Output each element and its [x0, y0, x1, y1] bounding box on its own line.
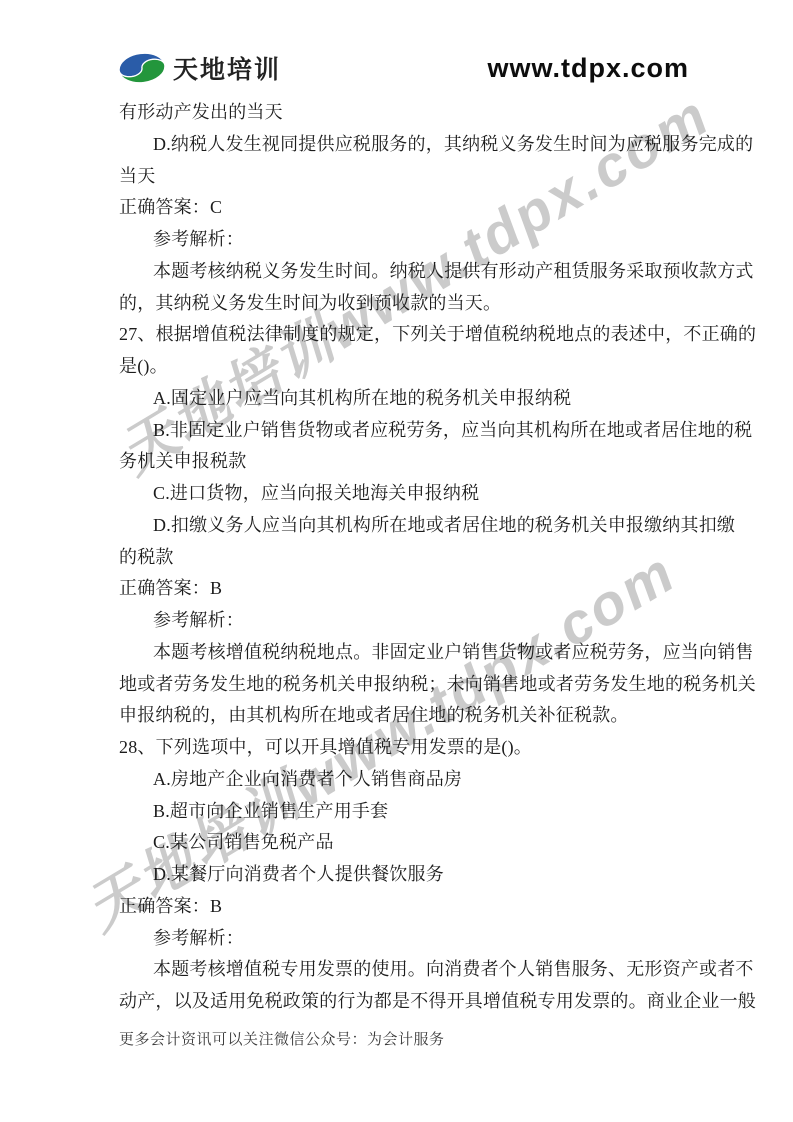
text-line: D.扣缴义务人应当向其机构所在地或者居住地的税务机关申报缴纳其扣缴 [119, 510, 759, 542]
text-line: 是()。 [119, 351, 759, 383]
text-line: C.某公司销售免税产品 [119, 827, 759, 859]
page-header: 天地培训 www.tdpx.com [0, 0, 793, 100]
text-line: 本题考核增值税纳税地点。非固定业户销售货物或者应税劳务，应当向销售 [119, 637, 759, 669]
text-line: 动产，以及适用免税政策的行为都是不得开具增值税专用发票的。商业企业一般 [119, 986, 759, 1018]
text-line: 本题考核纳税义务发生时间。纳税人提供有形动产租赁服务采取预收款方式 [119, 256, 759, 288]
text-line: 申报纳税的，由其机构所在地或者居住地的税务机关补征税款。 [119, 700, 759, 732]
text-line: 参考解析： [119, 923, 759, 955]
document-page: 天地培训www.tdpx.com 天地培训www.tdpx.com 天地培训 w… [0, 0, 793, 1122]
text-line: 当天 [119, 161, 759, 193]
text-line: D.纳税人发生视同提供应税服务的，其纳税义务发生时间为应税服务完成的 [119, 129, 759, 161]
text-line: 正确答案：C [119, 192, 759, 224]
site-url: www.tdpx.com [487, 53, 689, 84]
text-line: 参考解析： [119, 224, 759, 256]
text-line: 28、下列选项中，可以开具增值税专用发票的是()。 [119, 732, 759, 764]
text-line: 本题考核增值税专用发票的使用。向消费者个人销售服务、无形资产或者不 [119, 954, 759, 986]
logo-text: 天地培训 [173, 50, 281, 86]
text-line: 地或者劳务发生地的税务机关申报纳税；未向销售地或者劳务发生地的税务机关 [119, 669, 759, 701]
text-line: 27、根据增值税法律制度的规定，下列关于增值税纳税地点的表述中，不正确的 [119, 319, 759, 351]
text-line: A.固定业户应当向其机构所在地的税务机关申报纳税 [119, 383, 759, 415]
text-line: D.某餐厅向消费者个人提供餐饮服务 [119, 859, 759, 891]
text-line: 的，其纳税义务发生时间为收到预收款的当天。 [119, 288, 759, 320]
text-line: 的税款 [119, 542, 759, 574]
document-body: 有形动产发出的当天D.纳税人发生视同提供应税服务的，其纳税义务发生时间为应税服务… [119, 97, 759, 1018]
text-line: B.非固定业户销售货物或者应税劳务，应当向其机构所在地或者居住地的税 [119, 415, 759, 447]
page-footer-note: 更多会计资讯可以关注微信公众号：为会计服务 [119, 1028, 445, 1049]
text-line: 正确答案：B [119, 573, 759, 605]
text-line: 参考解析： [119, 605, 759, 637]
text-line: 有形动产发出的当天 [119, 97, 759, 129]
logo: 天地培训 [118, 50, 281, 86]
text-line: 务机关申报税款 [119, 446, 759, 478]
text-line: A.房地产企业向消费者个人销售商品房 [119, 764, 759, 796]
text-line: 正确答案：B [119, 891, 759, 923]
text-line: C.进口货物，应当向报关地海关申报纳税 [119, 478, 759, 510]
text-line: B.超市向企业销售生产用手套 [119, 796, 759, 828]
logo-swirl-icon [118, 52, 166, 84]
